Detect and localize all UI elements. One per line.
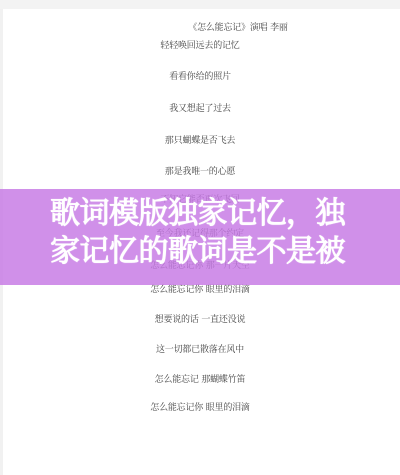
lyric-line: 轻轻唤回远去的记忆 xyxy=(0,41,400,52)
banner-title-line-2: 家记忆的歌词是不是被 xyxy=(50,233,360,271)
lyric-line: 怎么能忘记 那蝴蝶竹笛 xyxy=(0,375,400,386)
lyric-line: 那只蝴蝶是否飞去 xyxy=(0,136,400,147)
lyric-line: 看看你给的照片 xyxy=(0,72,400,83)
lyric-line: 这一切都已散落在风中 xyxy=(0,345,400,356)
lyric-line: 怎么能忘记你 眼里的泪滴 xyxy=(0,285,400,296)
lyric-line: 那是我唯一的心愿 xyxy=(0,167,400,178)
lyric-line: 想要说的话 一直还没说 xyxy=(0,315,400,326)
banner-title-line-1: 歌词模版独家记忆，独 xyxy=(50,195,360,233)
lyric-line: 我又想起了过去 xyxy=(0,104,400,115)
lyric-line: 怎么能忘记你 眼里的泪滴 xyxy=(0,403,400,414)
song-title-line: 《怎么能忘记》演唱 李丽 xyxy=(38,23,400,34)
banner-title: 歌词模版独家记忆，独 家记忆的歌词是不是被 xyxy=(50,195,360,271)
